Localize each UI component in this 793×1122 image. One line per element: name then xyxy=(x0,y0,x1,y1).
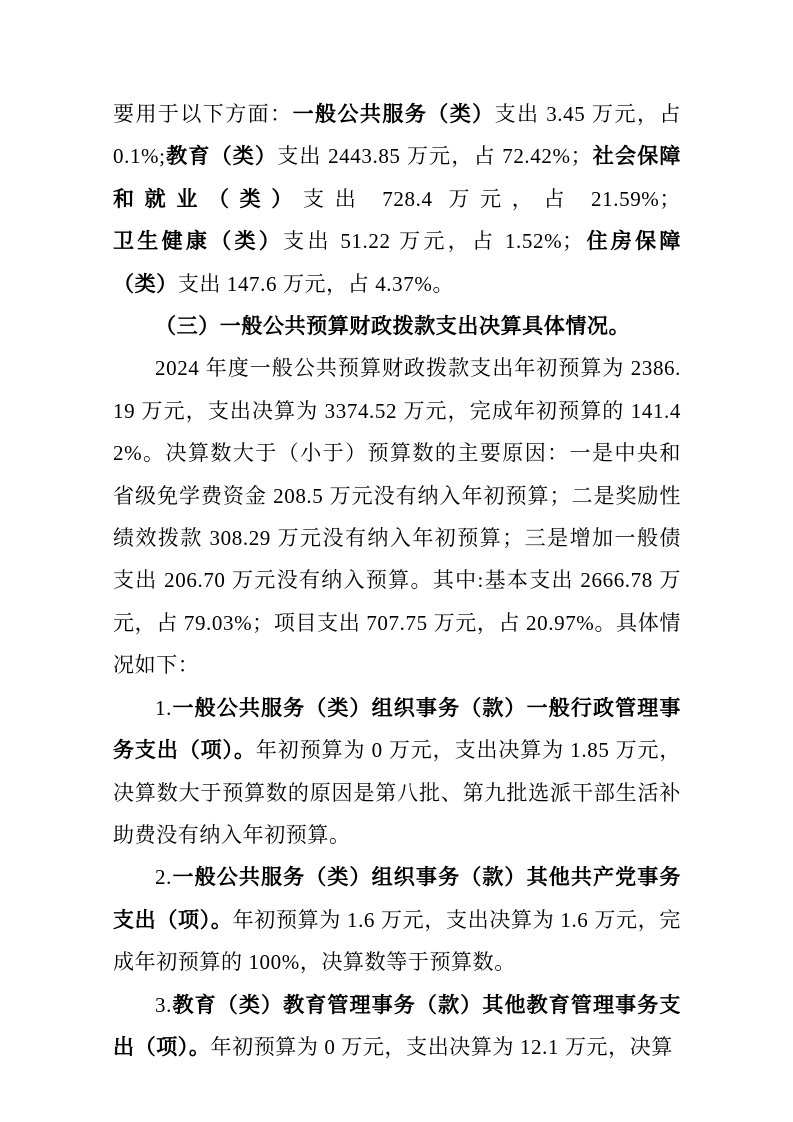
paragraph-budget-overview: 2024 年度一般公共预算财政拨款支出年初预算为 2386.19 万元，支出决算… xyxy=(113,347,681,686)
text-run: 支出 728.4 万元，占 21.59%； xyxy=(303,187,681,211)
text-run-bold: 教育（类） xyxy=(166,144,278,168)
item-number: 3. xyxy=(155,993,172,1017)
paragraph-item-1: 1.一般公共服务（类）组织事务（款）一般行政管理事务支出（项）。年初预算为 0 … xyxy=(113,687,681,857)
text-run: 支出 2443.85 万元，占 72.42%； xyxy=(277,144,592,168)
section-heading-text: （三）一般公共预算财政拨款支出决算具体情况。 xyxy=(155,314,630,338)
paragraph-expenditure-breakdown: 要用于以下方面：一般公共服务（类）支出 3.45 万元，占 0.1%;教育（类）… xyxy=(113,93,681,305)
text-run: 支出 51.22 万元，占 1.52%； xyxy=(283,229,584,253)
text-run: 支出 147.6 万元，占 4.37%。 xyxy=(178,272,454,296)
text-run: 2024 年度一般公共预算财政拨款支出年初预算为 2386.19 万元，支出决算… xyxy=(113,356,681,677)
text-run-bold: 一般公共服务（类） xyxy=(293,102,495,126)
item-number: 1. xyxy=(155,696,172,720)
text-run: 要用于以下方面： xyxy=(113,102,293,126)
paragraph-item-2: 2.一般公共服务（类）组织事务（款）其他共产党事务支出（项）。年初预算为 1.6… xyxy=(113,856,681,983)
document-page: 要用于以下方面：一般公共服务（类）支出 3.45 万元，占 0.1%;教育（类）… xyxy=(0,0,793,1122)
item-number: 2. xyxy=(155,865,172,889)
text-run-bold: 卫生健康（类） xyxy=(113,229,283,253)
section-heading: （三）一般公共预算财政拨款支出决算具体情况。 xyxy=(113,305,681,347)
text-run: 年初预算为 0 万元，支出决算为 12.1 万元，决算 xyxy=(211,1035,673,1059)
paragraph-item-3: 3.教育（类）教育管理事务（款）其他教育管理事务支出（项）。年初预算为 0 万元… xyxy=(113,984,681,1069)
